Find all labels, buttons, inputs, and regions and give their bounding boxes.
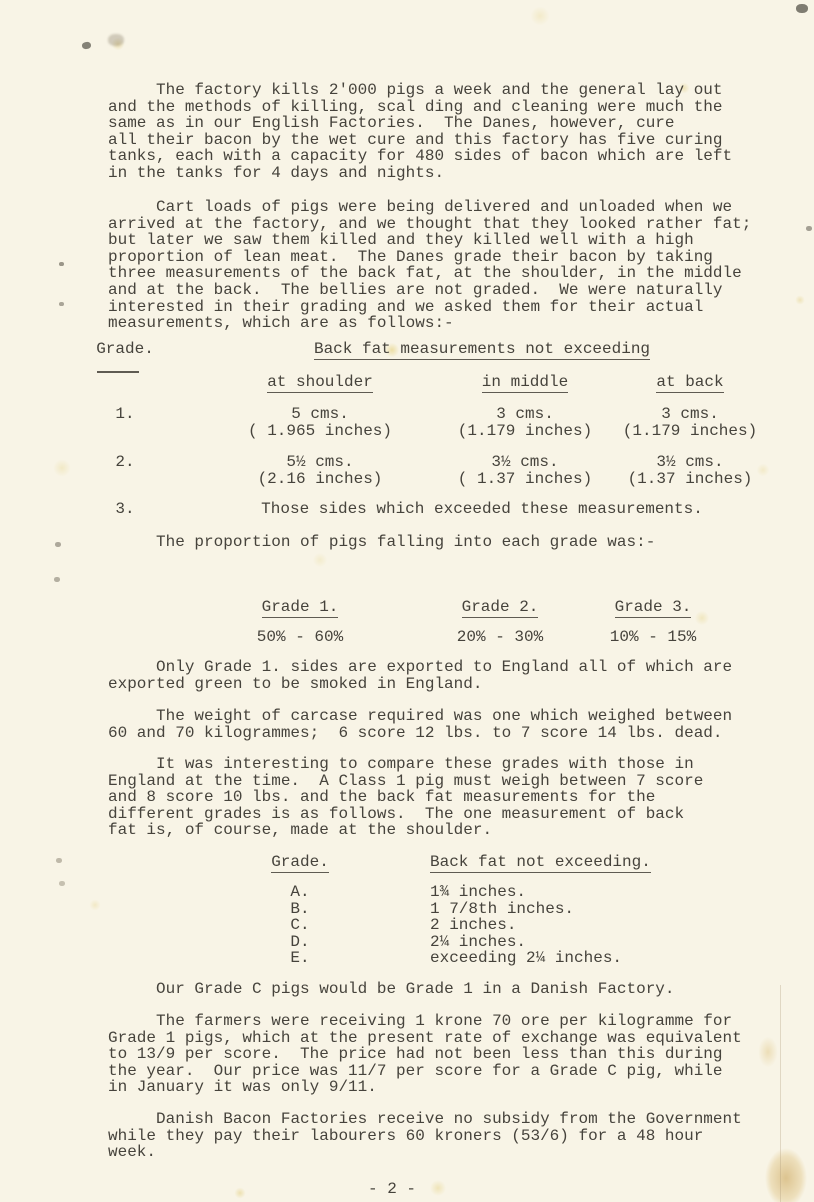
grade-header-label: Grade. xyxy=(96,340,154,358)
smudge-mark xyxy=(54,577,60,582)
paragraph-farmers-price: The farmers were receiving 1 krone 70 or… xyxy=(108,1013,808,1096)
row-note: Those sides which exceeded these measure… xyxy=(165,501,775,518)
typewritten-text-layer: The factory kills 2'000 pigs a week and … xyxy=(0,0,814,1202)
row-grade: A. xyxy=(245,884,355,901)
paragraph-grade-c: Our Grade C pigs would be Grade 1 in a D… xyxy=(108,981,808,998)
english-table-grade-header: Grade. xyxy=(245,854,355,871)
smudge-mark xyxy=(108,34,124,46)
page-number: - 2 - xyxy=(368,1181,416,1198)
proportions-value-grade3: 10% - 15% xyxy=(600,629,706,646)
proportions-header-grade1: Grade 1. xyxy=(200,599,400,616)
proportions-header-grade3: Grade 3. xyxy=(600,599,706,616)
smudge-mark xyxy=(796,4,808,13)
smudge-mark xyxy=(55,542,61,547)
row-shoulder-value: 5½ cms. (2.16 inches) xyxy=(165,454,445,487)
danish-table-row-3: 3. Those sides which exceeded these meas… xyxy=(85,501,775,518)
grade-header-underline-mark xyxy=(97,371,139,373)
proportions-header-row: Grade 1. Grade 2. Grade 3. xyxy=(200,599,706,616)
row-value: exceeding 2¼ inches. xyxy=(430,950,730,967)
proportions-value-grade1: 50% - 60% xyxy=(200,629,400,646)
row-grade: 3. xyxy=(85,501,165,518)
document-page: The factory kills 2'000 pigs a week and … xyxy=(0,0,814,1202)
paragraph-factory: The factory kills 2'000 pigs a week and … xyxy=(108,82,808,182)
paragraph-subsidy: Danish Bacon Factories receive no subsid… xyxy=(108,1111,808,1161)
danish-table-header-row: Grade. Back fat measurements not exceedi… xyxy=(85,341,775,358)
paragraph-only-grade1: Only Grade 1. sides are exported to Engl… xyxy=(108,659,808,692)
danish-table-grade-header: Grade. xyxy=(85,341,165,358)
paragraph-proportion-intro: The proportion of pigs falling into each… xyxy=(108,534,808,551)
paper-crease xyxy=(780,985,781,1202)
danish-table-row-1: 1. 5 cms. ( 1.965 inches) 3 cms. (1.179 … xyxy=(85,406,775,439)
danish-table-main-header: Back fat measurements not exceeding xyxy=(165,341,775,358)
english-table-header-row: Grade. Back fat not exceeding. xyxy=(245,854,730,871)
smudge-mark xyxy=(59,262,64,266)
english-table-row-a: A. 1¾ inches. xyxy=(245,884,730,901)
smudge-mark xyxy=(56,858,62,863)
column-header-at-back: at back xyxy=(605,374,775,391)
danish-table-row-2: 2. 5½ cms. (2.16 inches) 3½ cms. ( 1.37 … xyxy=(85,454,775,487)
smudge-mark xyxy=(806,226,812,231)
english-table-row-c: C. 2 inches. xyxy=(245,917,730,934)
row-grade: 2. xyxy=(85,454,165,487)
row-value: 1¾ inches. xyxy=(430,884,730,901)
row-back-value: 3½ cms. (1.37 inches) xyxy=(605,454,775,487)
smudge-mark xyxy=(59,302,64,306)
paragraph-compare-grades: It was interesting to compare these grad… xyxy=(108,756,808,839)
column-header-in-middle: in middle xyxy=(445,374,605,391)
proportions-value-row: 50% - 60% 20% - 30% 10% - 15% xyxy=(200,629,706,646)
smudge-mark xyxy=(59,881,65,886)
row-middle-value: 3 cms. (1.179 inches) xyxy=(445,406,605,439)
row-shoulder-value: 5 cms. ( 1.965 inches) xyxy=(165,406,445,439)
english-table-row-e: E. exceeding 2¼ inches. xyxy=(245,950,730,967)
proportions-header-grade2: Grade 2. xyxy=(400,599,600,616)
row-back-value: 3 cms. (1.179 inches) xyxy=(605,406,775,439)
column-header-at-shoulder: at shoulder xyxy=(165,374,445,391)
row-middle-value: 3½ cms. ( 1.37 inches) xyxy=(445,454,605,487)
row-grade: C. xyxy=(245,917,355,934)
row-value: 2 inches. xyxy=(430,917,730,934)
english-table-value-header: Back fat not exceeding. xyxy=(430,854,730,871)
row-grade: 1. xyxy=(85,406,165,439)
paragraph-cart-loads: Cart loads of pigs were being delivered … xyxy=(108,199,808,332)
main-header-label: Back fat measurements not exceeding xyxy=(314,340,650,360)
row-grade: E. xyxy=(245,950,355,967)
proportions-value-grade2: 20% - 30% xyxy=(400,629,600,646)
danish-table-column-header-row: at shoulder in middle at back xyxy=(85,374,775,391)
paragraph-carcase-weight: The weight of carcase required was one w… xyxy=(108,708,808,741)
